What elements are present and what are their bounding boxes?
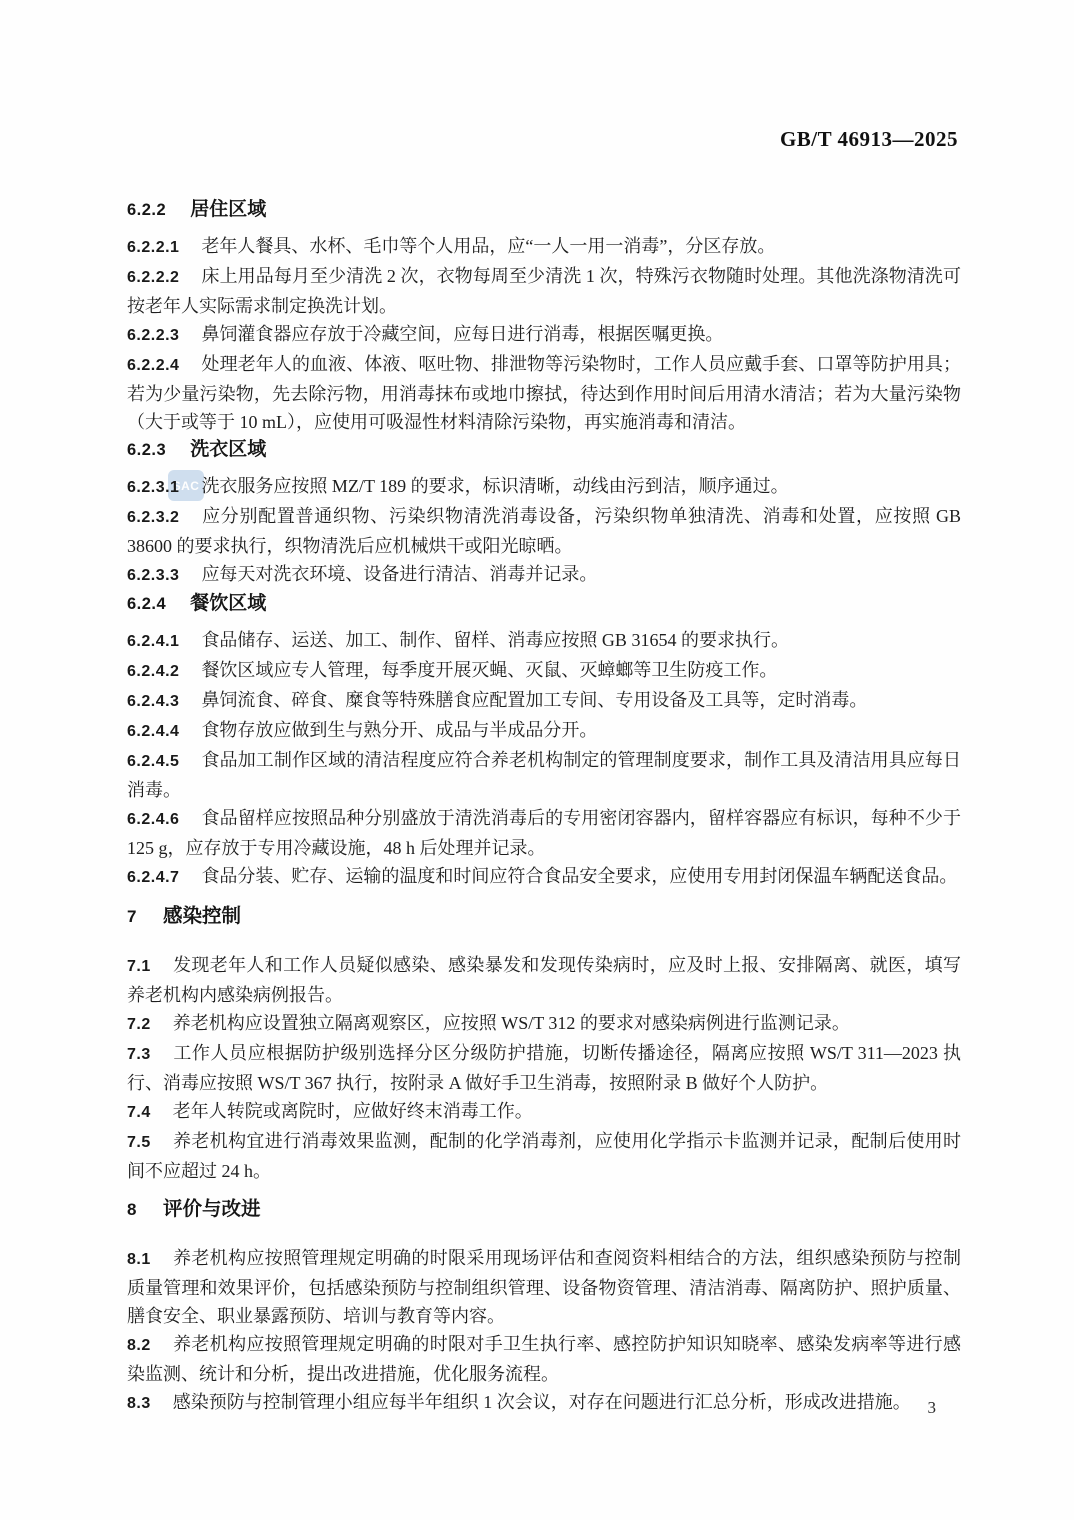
clause-text: 食品加工制作区域的清洁程度应符合养老机构制定的管理制度要求，制作工具及清洁用具应… [127, 750, 961, 800]
clause-number: 7.1 [127, 958, 151, 975]
clause-number: 6.2.4.1 [127, 633, 179, 650]
clause-text: 养老机构宜进行消毒效果监测，配制的化学消毒剂，应使用化学指示卡监测并记录，配制后… [127, 1131, 961, 1181]
clause-text: 养老机构应设置独立隔离观察区，应按照 WS/T 312 的要求对感染病例进行监测… [173, 1013, 850, 1033]
clause-paragraph: 6.2.4.1食品储存、运送、加工、制作、留样、消毒应按照 GB 31654 的… [127, 626, 961, 656]
clause-paragraph: 6.2.2.1老年人餐具、水杯、毛巾等个人用品，应“一人一用一消毒”，分区存放。 [127, 232, 961, 262]
subclause-heading: 6.2.4餐饮区域 [127, 590, 961, 618]
heading-title: 评价与改进 [163, 1198, 261, 1220]
clause-paragraph: 8.2养老机构应按照管理规定明确的时限对手卫生执行率、感控防护知识知晓率、感染发… [127, 1330, 961, 1388]
clause-number: 6.2.3.3 [127, 567, 179, 584]
standard-code-header: GB/T 46913—2025 [780, 127, 958, 152]
subclause-heading: 6.2.3洗衣区域 [127, 436, 961, 464]
clause-text: 发现老年人和工作人员疑似感染、感染暴发和发现传染病时，应及时上报、安排隔离、就医… [127, 955, 961, 1005]
clause-number: 6.2.4.3 [127, 693, 179, 710]
clause-number: 8.2 [127, 1337, 151, 1354]
clause-paragraph: 6.2.4.4食物存放应做到生与熟分开、成品与半成品分开。 [127, 716, 961, 746]
clause-number: 7.5 [127, 1134, 151, 1151]
clause-text: 床上用品每月至少清洗 2 次，衣物每周至少清洗 1 次，特殊污衣物随时处理。其他… [127, 266, 961, 316]
clause-number: 6.2.4.2 [127, 663, 179, 680]
clause-text: 餐饮区域应专人管理，每季度开展灭蝇、灭鼠、灭蟑螂等卫生防疫工作。 [201, 660, 777, 680]
clause-number: 7.2 [127, 1016, 151, 1033]
clause-text: 食品留样应按照品种分别盛放于清洗消毒后的专用密闭容器内，留样容器应有标识，每种不… [127, 808, 961, 858]
clause-number: 6.2.2.3 [127, 327, 179, 344]
chapter-heading: 7感染控制 [127, 902, 961, 931]
clause-number: 6.2.2.1 [127, 239, 179, 256]
clause-number: 6.2.4.4 [127, 723, 179, 740]
clause-text: 食品分装、贮存、运输的温度和时间应符合食品安全要求，应使用专用封闭保温车辆配送食… [201, 866, 957, 886]
clause-number: 8.1 [127, 1251, 151, 1268]
clause-text: 鼻饲灌食器应存放于冷藏空间，应每日进行消毒，根据医嘱更换。 [201, 324, 723, 344]
heading-title: 洗衣区域 [190, 439, 266, 460]
chapter-heading: 8评价与改进 [127, 1195, 961, 1224]
clause-paragraph: 7.1发现老年人和工作人员疑似感染、感染暴发和发现传染病时，应及时上报、安排隔离… [127, 951, 961, 1009]
document-body: 6.2.2居住区域6.2.2.1老年人餐具、水杯、毛巾等个人用品，应“一人一用一… [127, 196, 961, 1418]
clause-number: 6.2.3.1 [127, 479, 179, 496]
heading-title: 居住区域 [190, 199, 266, 220]
clause-number: 6.2.4.7 [127, 869, 179, 886]
subclause-heading: 6.2.2居住区域 [127, 196, 961, 224]
clause-number: 8 [127, 1200, 137, 1219]
clause-text: 养老机构应按照管理规定明确的时限采用现场评估和查阅资料相结合的方法，组织感染预防… [127, 1248, 961, 1326]
clause-paragraph: 7.4老年人转院或离院时，应做好终末消毒工作。 [127, 1097, 961, 1127]
clause-number: 7.4 [127, 1104, 151, 1121]
clause-text: 洗衣服务应按照 MZ/T 189 的要求，标识清晰，动线由污到洁，顺序通过。 [201, 476, 788, 496]
clause-number: 6.2.4.6 [127, 811, 179, 828]
clause-number: 8.3 [127, 1395, 151, 1412]
page-number: 3 [928, 1398, 937, 1418]
clause-text: 老年人餐具、水杯、毛巾等个人用品，应“一人一用一消毒”，分区存放。 [201, 236, 775, 256]
clause-paragraph: 6.2.4.2餐饮区域应专人管理，每季度开展灭蝇、灭鼠、灭蟑螂等卫生防疫工作。 [127, 656, 961, 686]
clause-paragraph: 8.3感染预防与控制管理小组应每半年组织 1 次会议，对存在问题进行汇总分析，形… [127, 1388, 961, 1418]
clause-text: 感染预防与控制管理小组应每半年组织 1 次会议，对存在问题进行汇总分析，形成改进… [173, 1392, 911, 1412]
clause-paragraph: 7.3工作人员应根据防护级别选择分区分级防护措施，切断传播途径，隔离应按照 WS… [127, 1039, 961, 1097]
clause-paragraph: 6.2.2.4处理老年人的血液、体液、呕吐物、排泄物等污染物时，工作人员应戴手套… [127, 350, 961, 436]
clause-text: 食物存放应做到生与熟分开、成品与半成品分开。 [201, 720, 597, 740]
clause-number: 6.2.2.2 [127, 269, 179, 286]
clause-number: 6.2.3 [127, 441, 166, 459]
clause-number: 6.2.4.5 [127, 753, 179, 770]
clause-paragraph: 6.2.3.3应每天对洗衣环境、设备进行清洁、消毒并记录。 [127, 560, 961, 590]
clause-number: 6.2.3.2 [127, 509, 179, 526]
clause-number: 7 [127, 907, 137, 926]
clause-number: 7.3 [127, 1046, 151, 1063]
clause-number: 6.2.4 [127, 595, 166, 613]
clause-text: 食品储存、运送、加工、制作、留样、消毒应按照 GB 31654 的要求执行。 [201, 630, 789, 650]
clause-paragraph: 6.2.2.3鼻饲灌食器应存放于冷藏空间，应每日进行消毒，根据医嘱更换。 [127, 320, 961, 350]
clause-paragraph: 8.1养老机构应按照管理规定明确的时限采用现场评估和查阅资料相结合的方法，组织感… [127, 1244, 961, 1330]
clause-text: 应分别配置普通织物、污染织物清洗消毒设备，污染织物单独清洗、消毒和处置，应按照 … [127, 506, 961, 556]
clause-paragraph: 7.5养老机构宜进行消毒效果监测，配制的化学消毒剂，应使用化学指示卡监测并记录，… [127, 1127, 961, 1185]
clause-paragraph: 6.2.4.5食品加工制作区域的清洁程度应符合养老机构制定的管理制度要求，制作工… [127, 746, 961, 804]
clause-text: 老年人转院或离院时，应做好终末消毒工作。 [173, 1101, 533, 1121]
clause-text: 工作人员应根据防护级别选择分区分级防护措施，切断传播途径，隔离应按照 WS/T … [127, 1043, 961, 1093]
heading-title: 感染控制 [163, 905, 241, 927]
clause-paragraph: 6.2.4.6食品留样应按照品种分别盛放于清洗消毒后的专用密闭容器内，留样容器应… [127, 804, 961, 862]
clause-number: 6.2.2.4 [127, 357, 179, 374]
clause-text: 养老机构应按照管理规定明确的时限对手卫生执行率、感控防护知识知晓率、感染发病率等… [127, 1334, 961, 1384]
clause-text: 处理老年人的血液、体液、呕吐物、排泄物等污染物时，工作人员应戴手套、口罩等防护用… [127, 354, 961, 432]
clause-text: 鼻饲流食、碎食、糜食等特殊膳食应配置加工专间、专用设备及工具等，定时消毒。 [201, 690, 867, 710]
clause-paragraph: 6.2.4.7食品分装、贮存、运输的温度和时间应符合食品安全要求，应使用专用封闭… [127, 862, 961, 892]
standard-document-page: GB/T 46913—2025 SAC 6.2.2居住区域6.2.2.1老年人餐… [0, 0, 1074, 1520]
clause-number: 6.2.2 [127, 201, 166, 219]
clause-paragraph: 7.2养老机构应设置独立隔离观察区，应按照 WS/T 312 的要求对感染病例进… [127, 1009, 961, 1039]
clause-paragraph: 6.2.3.2应分别配置普通织物、污染织物清洗消毒设备，污染织物单独清洗、消毒和… [127, 502, 961, 560]
clause-paragraph: 6.2.4.3鼻饲流食、碎食、糜食等特殊膳食应配置加工专间、专用设备及工具等，定… [127, 686, 961, 716]
clause-text: 应每天对洗衣环境、设备进行清洁、消毒并记录。 [201, 564, 597, 584]
clause-paragraph: 6.2.3.1洗衣服务应按照 MZ/T 189 的要求，标识清晰，动线由污到洁，… [127, 472, 961, 502]
clause-paragraph: 6.2.2.2床上用品每月至少清洗 2 次，衣物每周至少清洗 1 次，特殊污衣物… [127, 262, 961, 320]
heading-title: 餐饮区域 [190, 593, 266, 614]
